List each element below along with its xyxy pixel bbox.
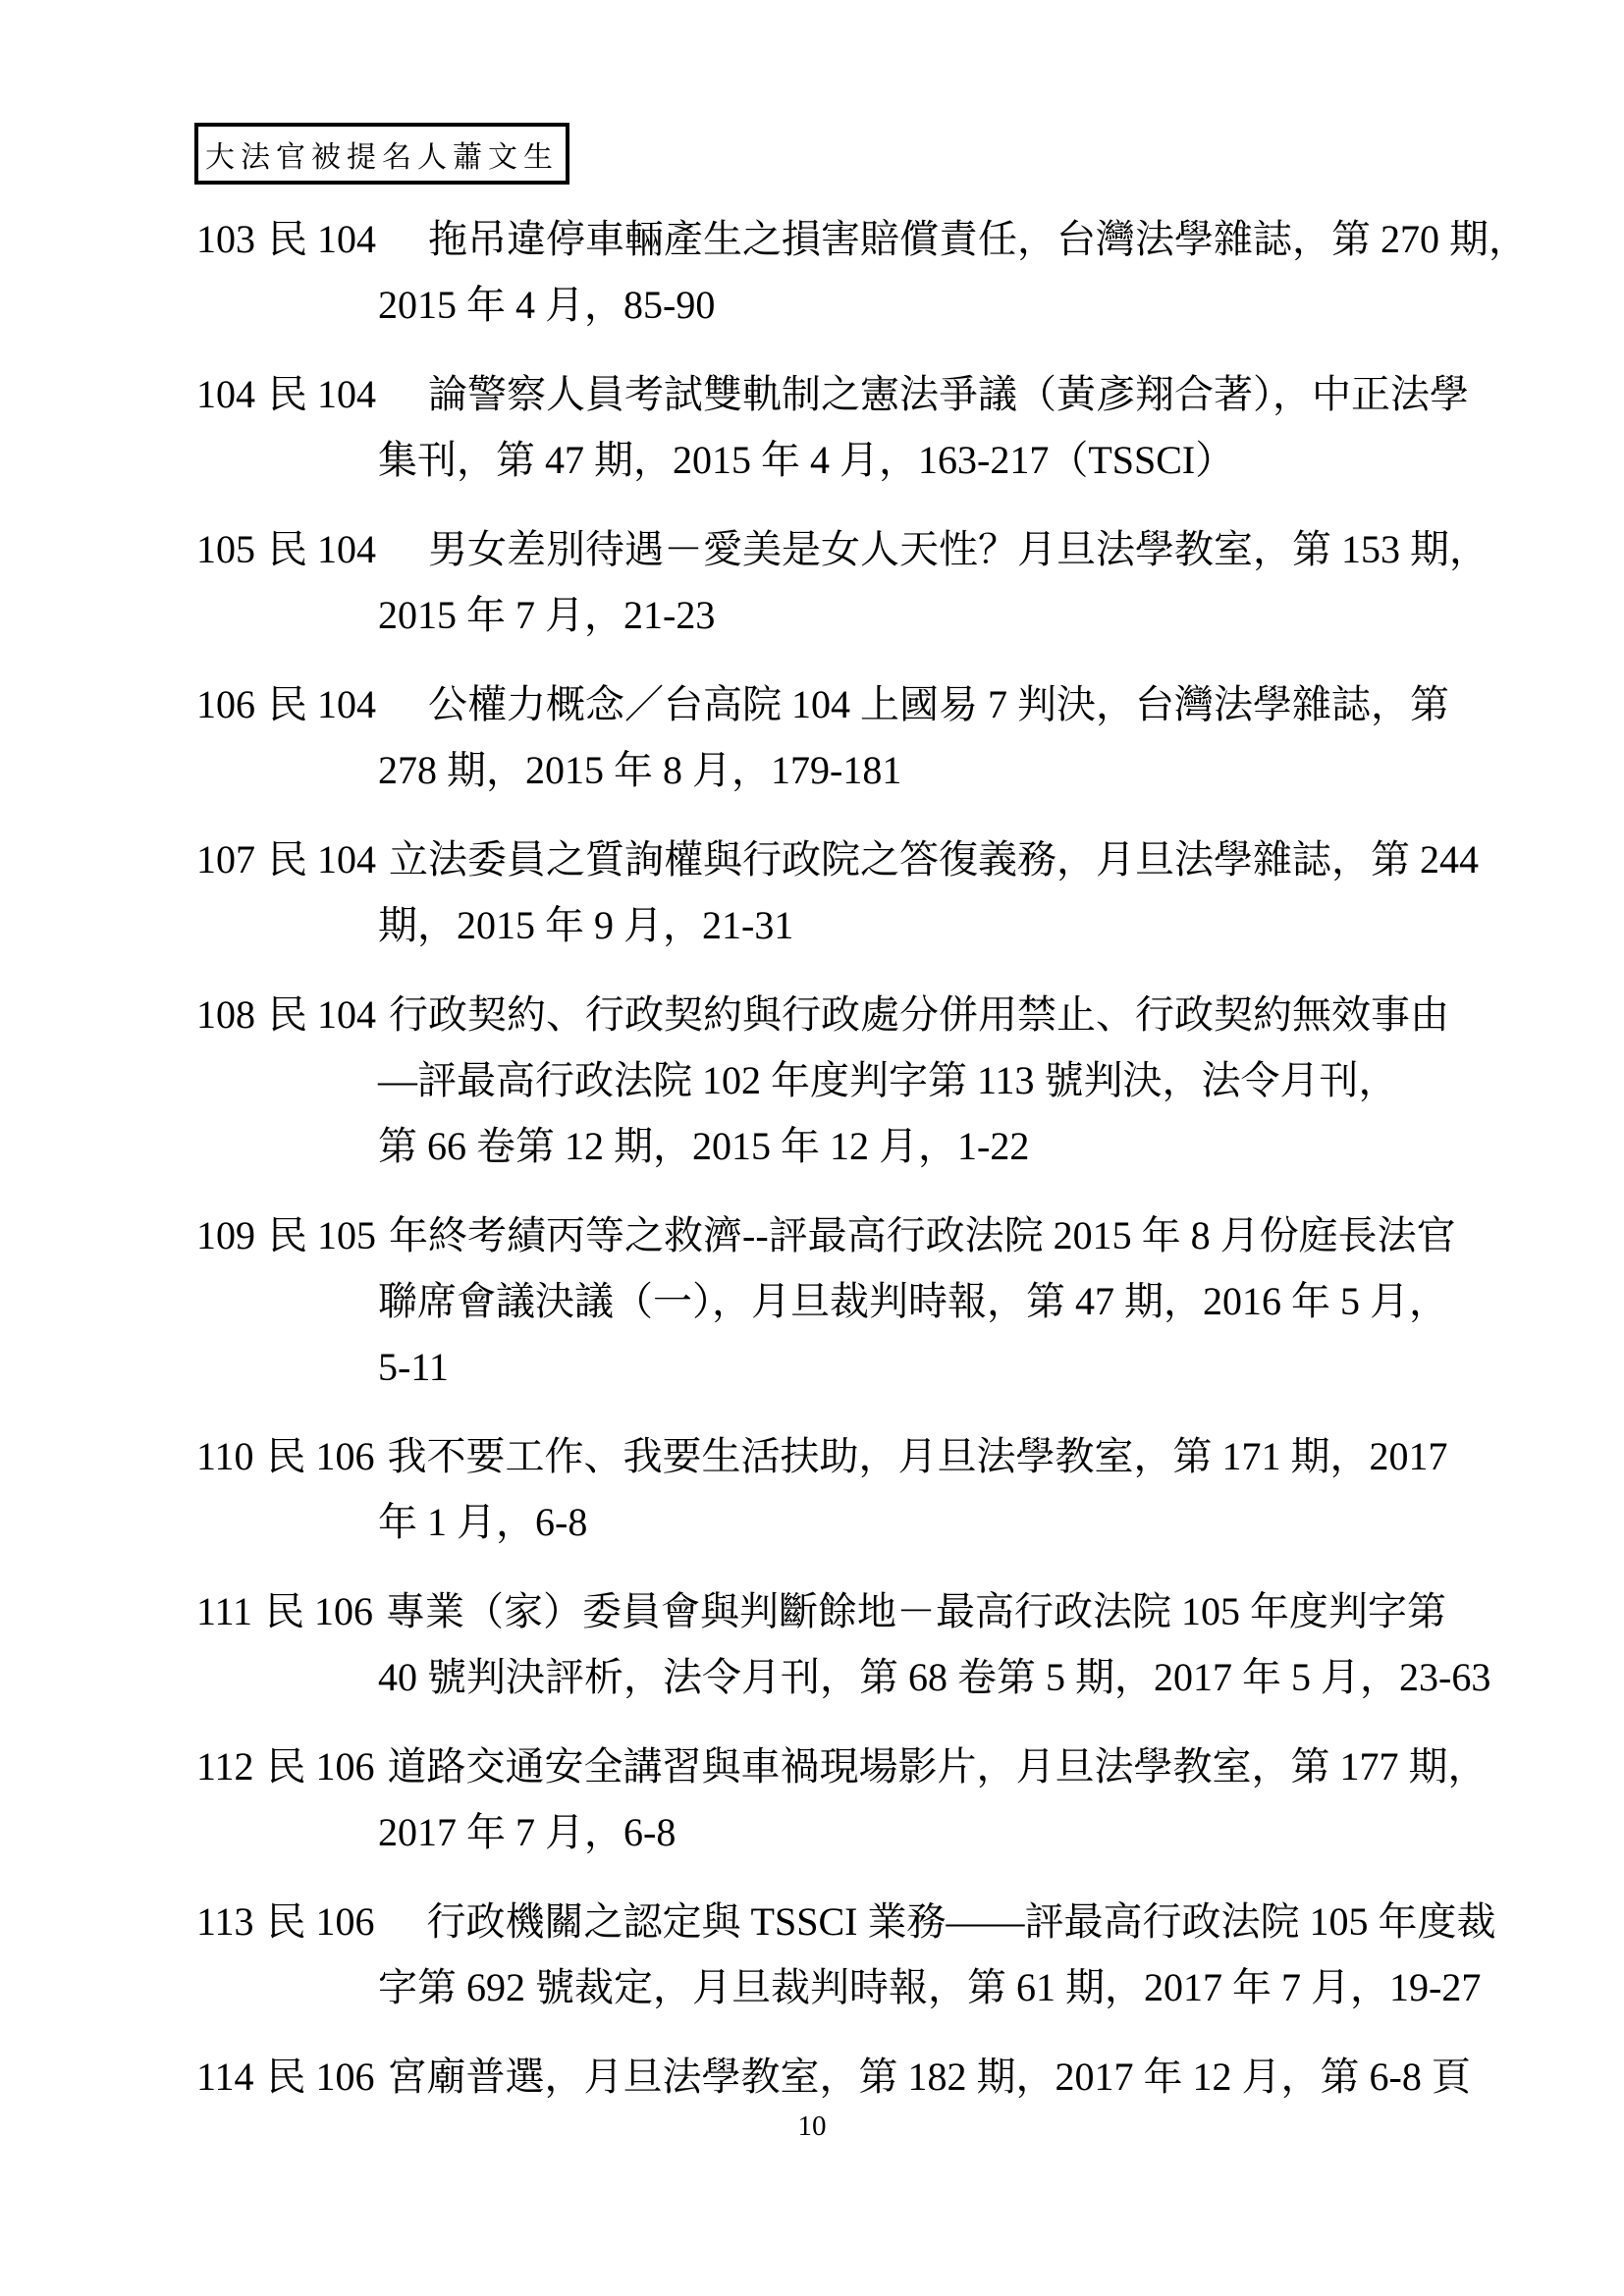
publication-entry: 114民 106宮廟普選，月旦法學教室，第 182 期，2017 年 12 月，… <box>196 2044 1463 2109</box>
entry-number: 104 <box>196 372 255 416</box>
publication-entry: 109民 105年終考績丙等之救濟--評最高行政法院 2015 年 8 月份庭長… <box>196 1202 1463 1400</box>
entry-era-year: 民 104 <box>268 682 376 726</box>
entry-continuation-line: 集刊，第 47 期，2015 年 4 月，163-217（TSSCI） <box>196 427 1463 493</box>
entry-first-line: 113民 106 行政機關之認定與 TSSCI 業務——評最高行政法院 105 … <box>196 1889 1463 1954</box>
entry-continuation-line: 5-11 <box>196 1334 1463 1400</box>
entry-number: 113 <box>196 1899 254 1944</box>
entry-continuation-line: 第 66 卷第 12 期，2015 年 12 月，1-22 <box>196 1113 1463 1179</box>
entry-number: 108 <box>196 992 255 1037</box>
entry-title-line: 論警察人員考試雙軌制之憲法爭議（黃彥翔合著），中正法學 <box>389 372 1469 416</box>
publication-list: 103民 104 拖吊違停車輛產生之損害賠償責任，台灣法學雜誌，第 270 期，… <box>196 206 1463 2133</box>
entry-number: 114 <box>196 2055 254 2099</box>
entry-first-line: 105民 104 男女差別待遇－愛美是女人天性？月旦法學教室，第 153 期， <box>196 516 1463 582</box>
document-page: 大法官被提名人蕭文生 103民 104 拖吊違停車輛產生之損害賠償責任，台灣法學… <box>0 0 1624 2296</box>
entry-first-line: 111民 106專業（家）委員會與判斷餘地－最高行政法院 105 年度判字第 <box>196 1578 1463 1644</box>
publication-entry: 111民 106專業（家）委員會與判斷餘地－最高行政法院 105 年度判字第 4… <box>196 1578 1463 1710</box>
entry-continuation-line: 聯席會議決議（一），月旦裁判時報，第 47 期，2016 年 5 月， <box>196 1268 1463 1334</box>
entry-continuation-line: 40 號判決評析，法令月刊，第 68 卷第 5 期，2017 年 5 月，23-… <box>196 1644 1463 1710</box>
entry-title-line: 拖吊違停車輛產生之損害賠償責任，台灣法學雜誌，第 270 期， <box>389 217 1528 261</box>
entry-number: 110 <box>196 1434 254 1478</box>
entry-era-year: 民 106 <box>267 1899 375 1944</box>
publication-entry: 103民 104 拖吊違停車輛產生之損害賠償責任，台灣法學雜誌，第 270 期，… <box>196 206 1463 338</box>
entry-title-line: 宮廟普選，月旦法學教室，第 182 期，2017 年 12 月，第 6-8 頁 <box>388 2055 1471 2099</box>
entry-title-line: 行政機關之認定與 TSSCI 業務——評最高行政法院 105 年度裁 <box>388 1899 1496 1944</box>
entry-continuation-line: 278 期，2015 年 8 月，179-181 <box>196 737 1463 803</box>
entry-era-year: 民 104 <box>268 217 376 261</box>
nominee-header-label: 大法官被提名人蕭文生 <box>205 133 559 176</box>
entry-era-year: 民 106 <box>267 1434 375 1478</box>
entry-first-line: 114民 106宮廟普選，月旦法學教室，第 182 期，2017 年 12 月，… <box>196 2044 1463 2109</box>
entry-first-line: 112民 106道路交通安全講習與車禍現場影片，月旦法學教室，第 177 期， <box>196 1734 1463 1799</box>
entry-first-line: 108民 104行政契約、行政契約與行政處分併用禁止、行政契約無效事由 <box>196 982 1463 1047</box>
entry-first-line: 106民 104 公權力概念／台高院 104 上國易 7 判決，台灣法學雜誌，第 <box>196 671 1463 737</box>
publication-entry: 112民 106道路交通安全講習與車禍現場影片，月旦法學教室，第 177 期， … <box>196 1734 1463 1865</box>
publication-entry: 105民 104 男女差別待遇－愛美是女人天性？月旦法學教室，第 153 期， … <box>196 516 1463 648</box>
entry-era-year: 民 104 <box>268 992 376 1037</box>
nominee-header-box: 大法官被提名人蕭文生 <box>194 123 569 185</box>
entry-era-year: 民 104 <box>268 837 376 881</box>
entry-continuation-line: 2015 年 7 月，21-23 <box>196 582 1463 648</box>
entry-number: 106 <box>196 682 255 726</box>
entry-number: 109 <box>196 1213 255 1257</box>
entry-title-line: 我不要工作、我要生活扶助，月旦法學教室，第 171 期，2017 <box>388 1434 1448 1478</box>
entry-era-year: 民 104 <box>268 527 376 571</box>
publication-entry: 110民 106我不要工作、我要生活扶助，月旦法學教室，第 171 期，2017… <box>196 1423 1463 1555</box>
entry-number: 112 <box>196 1744 254 1789</box>
entry-era-year: 民 106 <box>267 1744 375 1789</box>
publication-entry: 106民 104 公權力概念／台高院 104 上國易 7 判決，台灣法學雜誌，第… <box>196 671 1463 803</box>
entry-continuation-line: 2015 年 4 月，85-90 <box>196 272 1463 338</box>
entry-era-year: 民 104 <box>268 372 376 416</box>
entry-continuation-line: —評最高行政法院 102 年度判字第 113 號判決，法令月刊， <box>196 1047 1463 1113</box>
entry-title-line: 行政契約、行政契約與行政處分併用禁止、行政契約無效事由 <box>389 992 1449 1037</box>
entry-era-year: 民 105 <box>268 1213 376 1257</box>
entry-first-line: 109民 105年終考績丙等之救濟--評最高行政法院 2015 年 8 月份庭長… <box>196 1202 1463 1268</box>
entry-number: 111 <box>196 1589 252 1633</box>
entry-title-line: 立法委員之質詢權與行政院之答復義務，月旦法學雜誌，第 244 <box>389 837 1479 881</box>
entry-first-line: 103民 104 拖吊違停車輛產生之損害賠償責任，台灣法學雜誌，第 270 期， <box>196 206 1463 272</box>
entry-first-line: 107民 104立法委員之質詢權與行政院之答復義務，月旦法學雜誌，第 244 <box>196 827 1463 892</box>
page-number: 10 <box>0 2110 1624 2143</box>
entry-continuation-line: 年 1 月，6-8 <box>196 1489 1463 1555</box>
entry-first-line: 104民 104 論警察人員考試雙軌制之憲法爭議（黃彥翔合著），中正法學 <box>196 361 1463 427</box>
entry-era-year: 民 106 <box>265 1589 373 1633</box>
entry-era-year: 民 106 <box>267 2055 375 2099</box>
entry-continuation-line: 字第 692 號裁定，月旦裁判時報，第 61 期，2017 年 7 月，19-2… <box>196 1954 1463 2020</box>
entry-continuation-line: 2017 年 7 月，6-8 <box>196 1799 1463 1865</box>
entry-number: 103 <box>196 217 255 261</box>
entry-title-line: 道路交通安全講習與車禍現場影片，月旦法學教室，第 177 期， <box>388 1744 1488 1789</box>
entry-continuation-line: 期，2015 年 9 月，21-31 <box>196 892 1463 958</box>
entry-number: 105 <box>196 527 255 571</box>
publication-entry: 113民 106 行政機關之認定與 TSSCI 業務——評最高行政法院 105 … <box>196 1889 1463 2020</box>
entry-title-line: 男女差別待遇－愛美是女人天性？月旦法學教室，第 153 期， <box>389 527 1489 571</box>
entry-title-line: 年終考績丙等之救濟--評最高行政法院 2015 年 8 月份庭長法官 <box>389 1213 1456 1257</box>
entry-number: 107 <box>196 837 255 881</box>
publication-entry: 108民 104行政契約、行政契約與行政處分併用禁止、行政契約無效事由 —評最高… <box>196 982 1463 1179</box>
publication-entry: 107民 104立法委員之質詢權與行政院之答復義務，月旦法學雜誌，第 244 期… <box>196 827 1463 958</box>
publication-entry: 104民 104 論警察人員考試雙軌制之憲法爭議（黃彥翔合著），中正法學 集刊，… <box>196 361 1463 493</box>
entry-title-line: 專業（家）委員會與判斷餘地－最高行政法院 105 年度判字第 <box>386 1589 1446 1633</box>
entry-first-line: 110民 106我不要工作、我要生活扶助，月旦法學教室，第 171 期，2017 <box>196 1423 1463 1489</box>
entry-title-line: 公權力概念／台高院 104 上國易 7 判決，台灣法學雜誌，第 <box>389 682 1449 726</box>
